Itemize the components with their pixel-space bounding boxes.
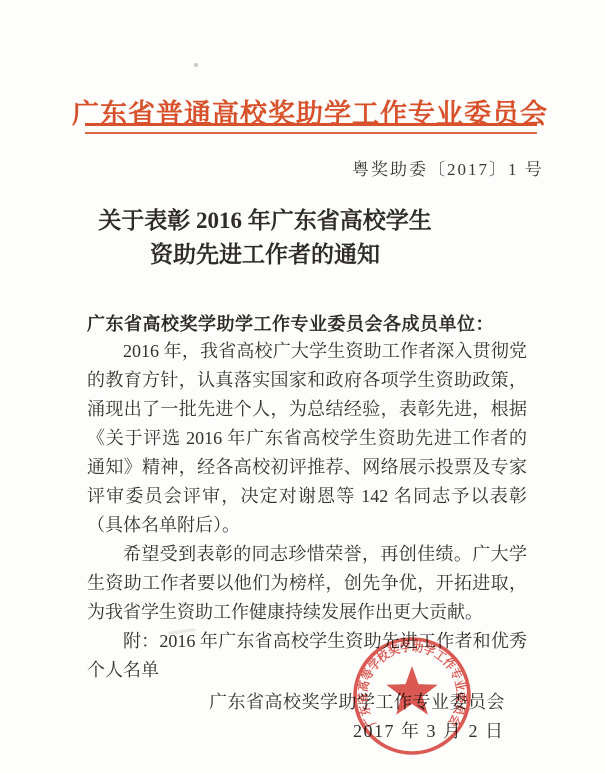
body-paragraph: 希望受到表彰的同志珍惜荣誉，再创佳绩。广大学生资助工作者要以他们为榜样，创先争优… [87,540,527,627]
letterhead-rule-thick [85,123,537,126]
document-number: 粤奖助委〔2017〕1 号 [352,155,544,180]
letterhead-rule-thin [85,132,537,134]
scanned-official-notice: { "page": { "letterhead": "广东省普通高校奖助学工作专… [0,0,605,773]
scan-speck [194,63,198,67]
official-seal: 广东省高等学校奖学助学工作专业委员会 [352,636,472,756]
notice-title-line1: 关于表彰 2016 年广东省高校学生 [0,204,530,238]
body-paragraph: 2016 年，我省高校广大学生资助工作者深入贯彻党的教育方针，认真落实国家和政府… [87,337,527,540]
notice-title: 关于表彰 2016 年广东省高校学生 资助先进工作者的通知 [0,204,530,272]
salutation-line: 广东省高校奖学助学工作专业委员会各成员单位： [87,310,494,336]
notice-body: 2016 年，我省高校广大学生资助工作者深入贯彻党的教育方针，认真落实国家和政府… [87,337,527,685]
notice-title-line2: 资助先进工作者的通知 [0,238,530,272]
seal-star-icon [386,666,437,715]
